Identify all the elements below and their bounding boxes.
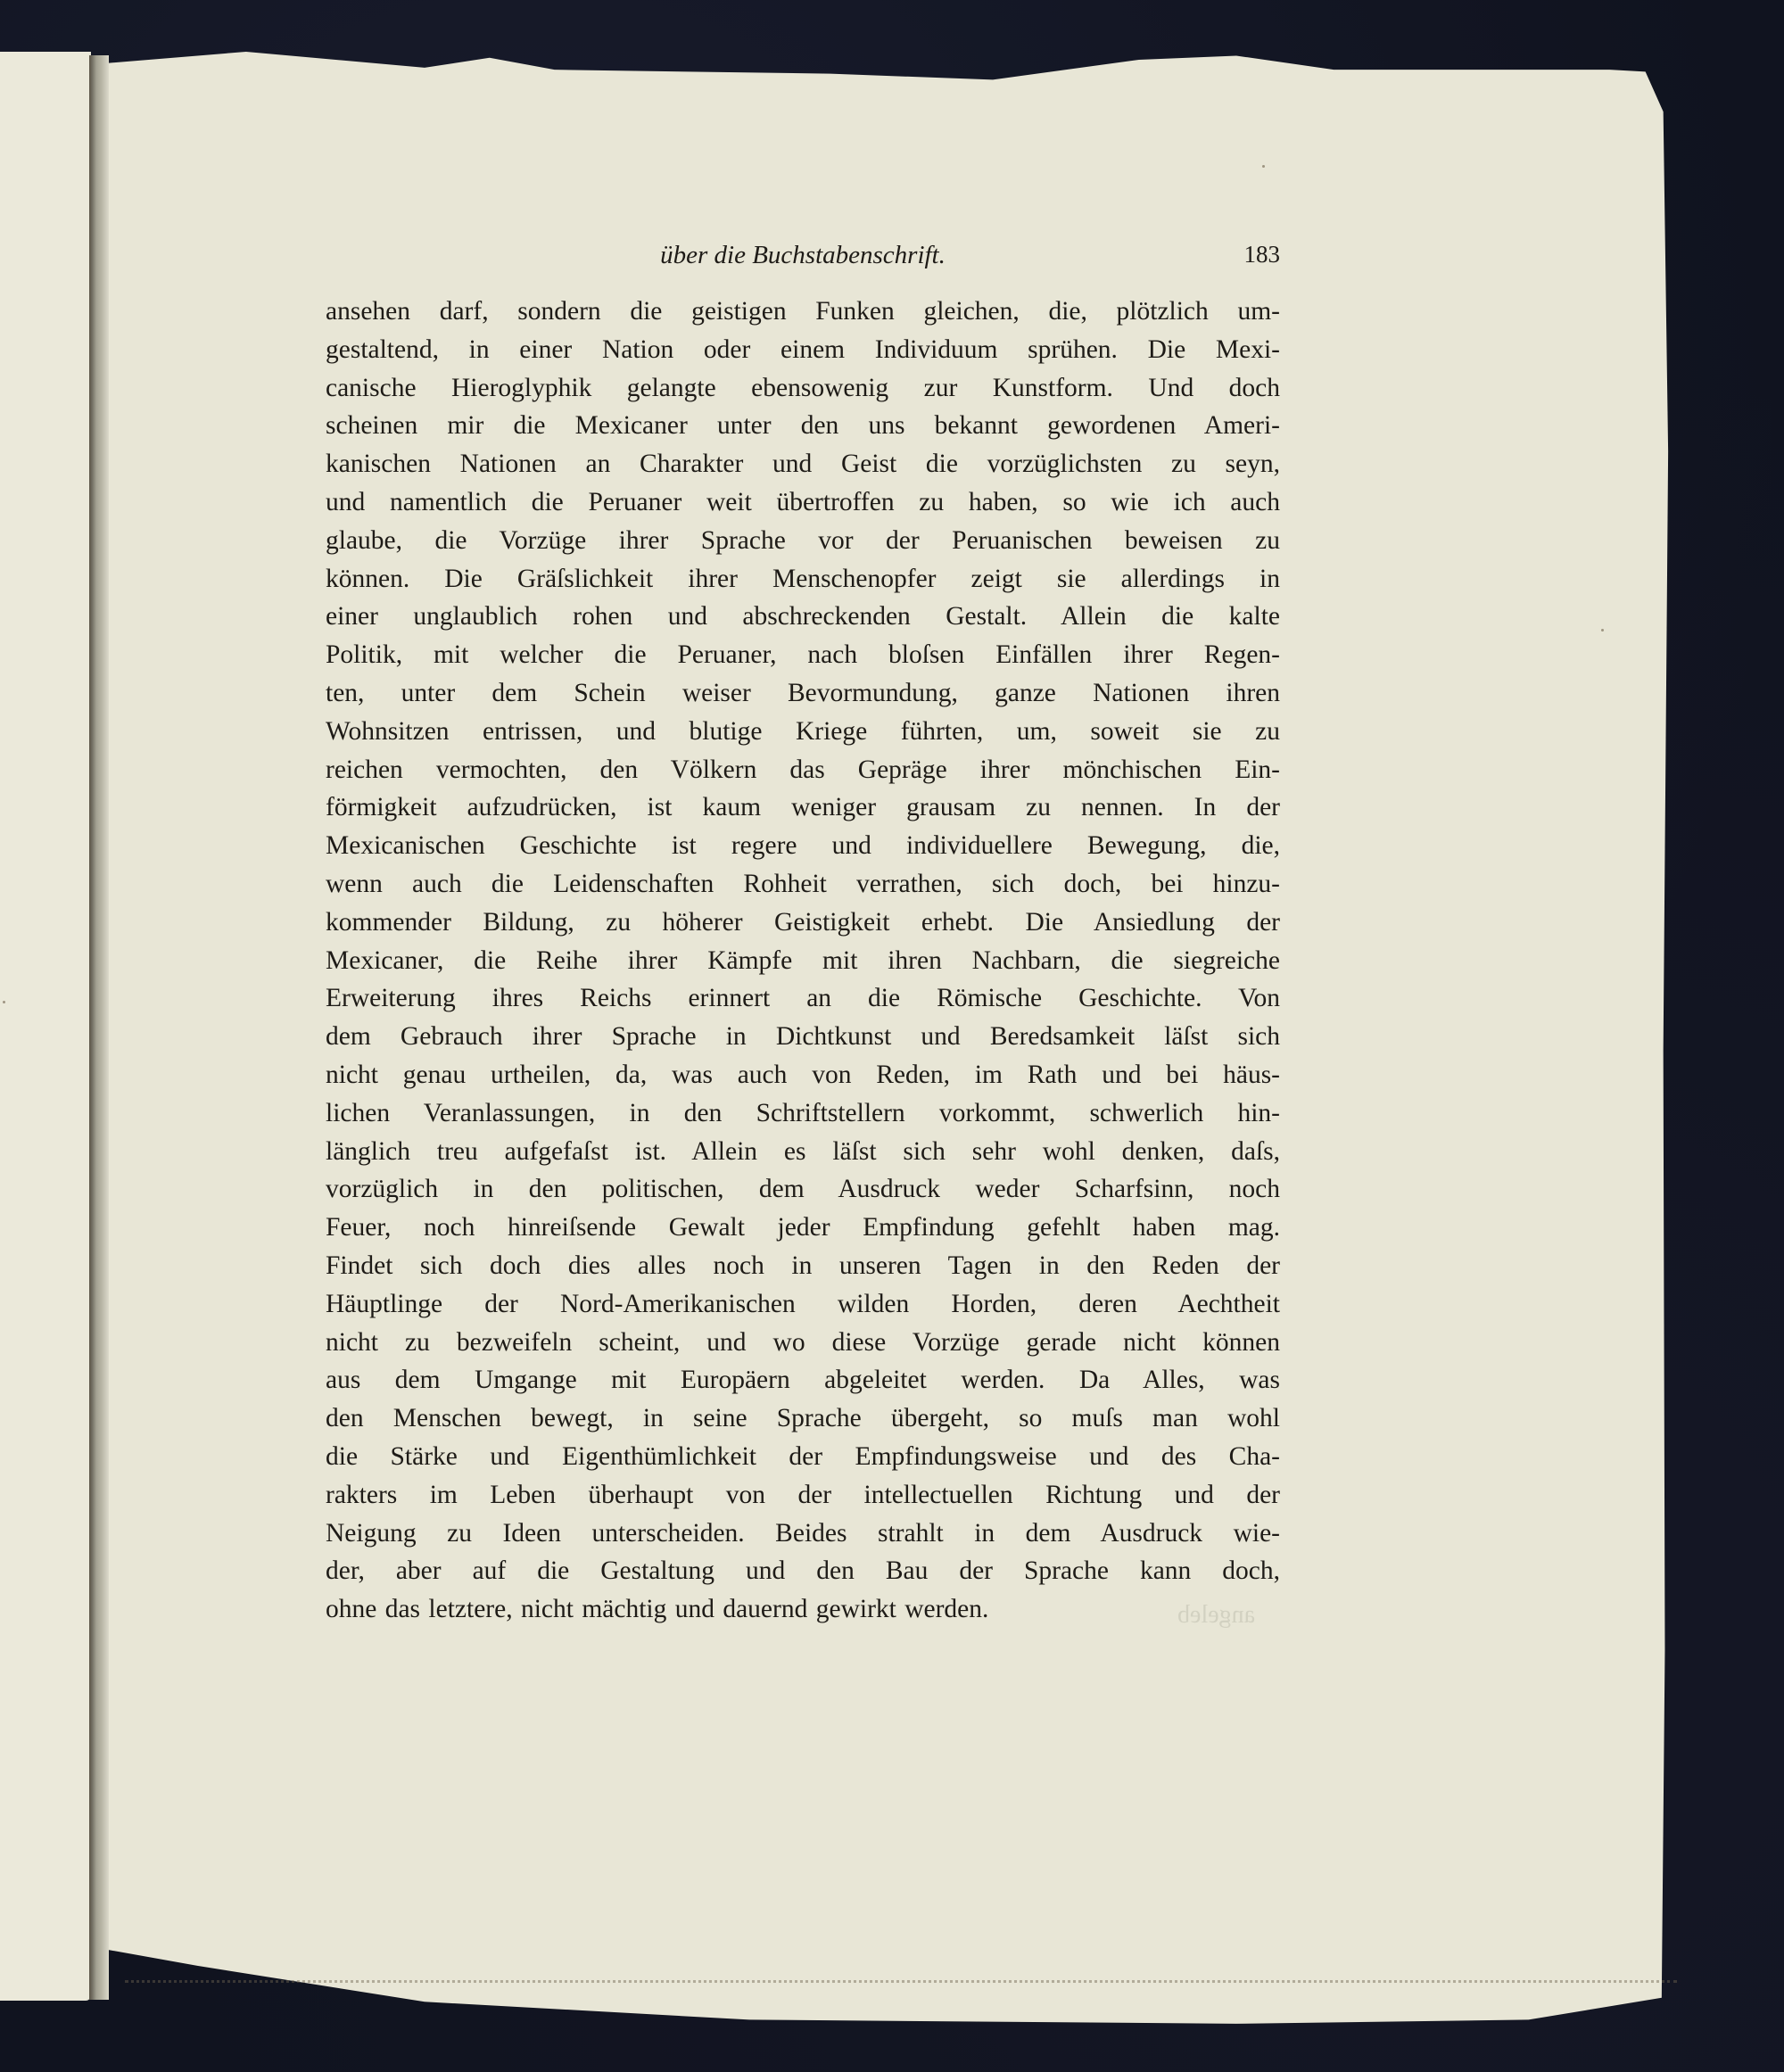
text-line: nicht zu bezweifeln scheint, und wo dies… xyxy=(326,1324,1280,1362)
page-content: über die Buchstabenschrift. 183 ansehen … xyxy=(326,239,1280,1629)
text-line: der, aber auf die Gestaltung und den Bau… xyxy=(326,1552,1280,1590)
text-line: Wohnsitzen entrissen, und blutige Kriege… xyxy=(326,713,1280,751)
text-line: ansehen darf, sondern die geistigen Funk… xyxy=(326,293,1280,331)
left-page-edge xyxy=(0,52,91,2001)
text-line: den Menschen bewegt, in seine Sprache üb… xyxy=(326,1399,1280,1438)
text-line: Feuer, noch hinreiſsende Gewalt jeder Em… xyxy=(326,1209,1280,1247)
text-line: dem Gebrauch ihrer Sprache in Dichtkunst… xyxy=(326,1018,1280,1056)
water-stain-line xyxy=(125,1980,1677,1986)
text-line: ten, unter dem Schein weiser Bevormundun… xyxy=(326,674,1280,713)
book-gutter xyxy=(89,55,109,2000)
text-line: Häuptlinge der Nord-Amerikanischen wilde… xyxy=(326,1285,1280,1324)
text-line: canische Hieroglyphik gelangte ebensowen… xyxy=(326,369,1280,408)
text-line: lichen Veranlassungen, in den Schriftste… xyxy=(326,1094,1280,1133)
text-line: Politik, mit welcher die Peruaner, nach … xyxy=(326,636,1280,674)
text-line: wenn auch die Leidenschaften Rohheit ver… xyxy=(326,865,1280,904)
running-head: über die Buchstabenschrift. 183 xyxy=(326,239,1280,282)
bleed-through-text: angeleb xyxy=(1177,1601,1255,1630)
text-line: kanischen Nationen an Charakter und Geis… xyxy=(326,445,1280,483)
paper-speck xyxy=(3,1001,5,1003)
text-line: förmigkeit aufzudrücken, ist kaum wenige… xyxy=(326,788,1280,827)
page-number: 183 xyxy=(1244,241,1281,268)
text-line: Mexicanischen Geschichte ist regere und … xyxy=(326,827,1280,865)
text-line: länglich treu aufgefaſst ist. Allein es … xyxy=(326,1133,1280,1171)
text-line-last: ohne das letztere, nicht mächtig und dau… xyxy=(326,1590,1280,1629)
text-line: gestaltend, in einer Nation oder einem I… xyxy=(326,331,1280,369)
text-line: Erweiterung ihres Reichs erinnert an die… xyxy=(326,979,1280,1018)
body-text: ansehen darf, sondern die geistigen Funk… xyxy=(326,293,1280,1629)
text-line: Neigung zu Ideen unterscheiden. Beides s… xyxy=(326,1515,1280,1553)
text-line: glaube, die Vorzüge ihrer Sprache vor de… xyxy=(326,522,1280,560)
paper-speck xyxy=(1262,165,1265,168)
text-line: scheinen mir die Mexicaner unter den uns… xyxy=(326,407,1280,445)
text-line: einer unglaublich rohen und abschreckend… xyxy=(326,598,1280,636)
text-line: kommender Bildung, zu höherer Geistigkei… xyxy=(326,904,1280,942)
text-line: Findet sich doch dies alles noch in unse… xyxy=(326,1247,1280,1285)
text-line: die Stärke und Eigenthümlichkeit der Emp… xyxy=(326,1438,1280,1476)
text-line: rakters im Leben überhaupt von der intel… xyxy=(326,1476,1280,1515)
paper-speck xyxy=(1601,629,1604,632)
text-line: können. Die Gräſslichkeit ihrer Menschen… xyxy=(326,560,1280,598)
text-line: aus dem Umgange mit Europäern abgeleitet… xyxy=(326,1361,1280,1399)
running-title: über die Buchstabenschrift. xyxy=(326,241,1280,270)
text-line: und namentlich die Peruaner weit übertro… xyxy=(326,483,1280,522)
text-line: nicht genau urtheilen, da, was auch von … xyxy=(326,1056,1280,1094)
text-line: vorzüglich in den politischen, dem Ausdr… xyxy=(326,1170,1280,1209)
text-line: reichen vermochten, den Völkern das Gepr… xyxy=(326,751,1280,789)
text-line: Mexicaner, die Reihe ihrer Kämpfe mit ih… xyxy=(326,942,1280,980)
